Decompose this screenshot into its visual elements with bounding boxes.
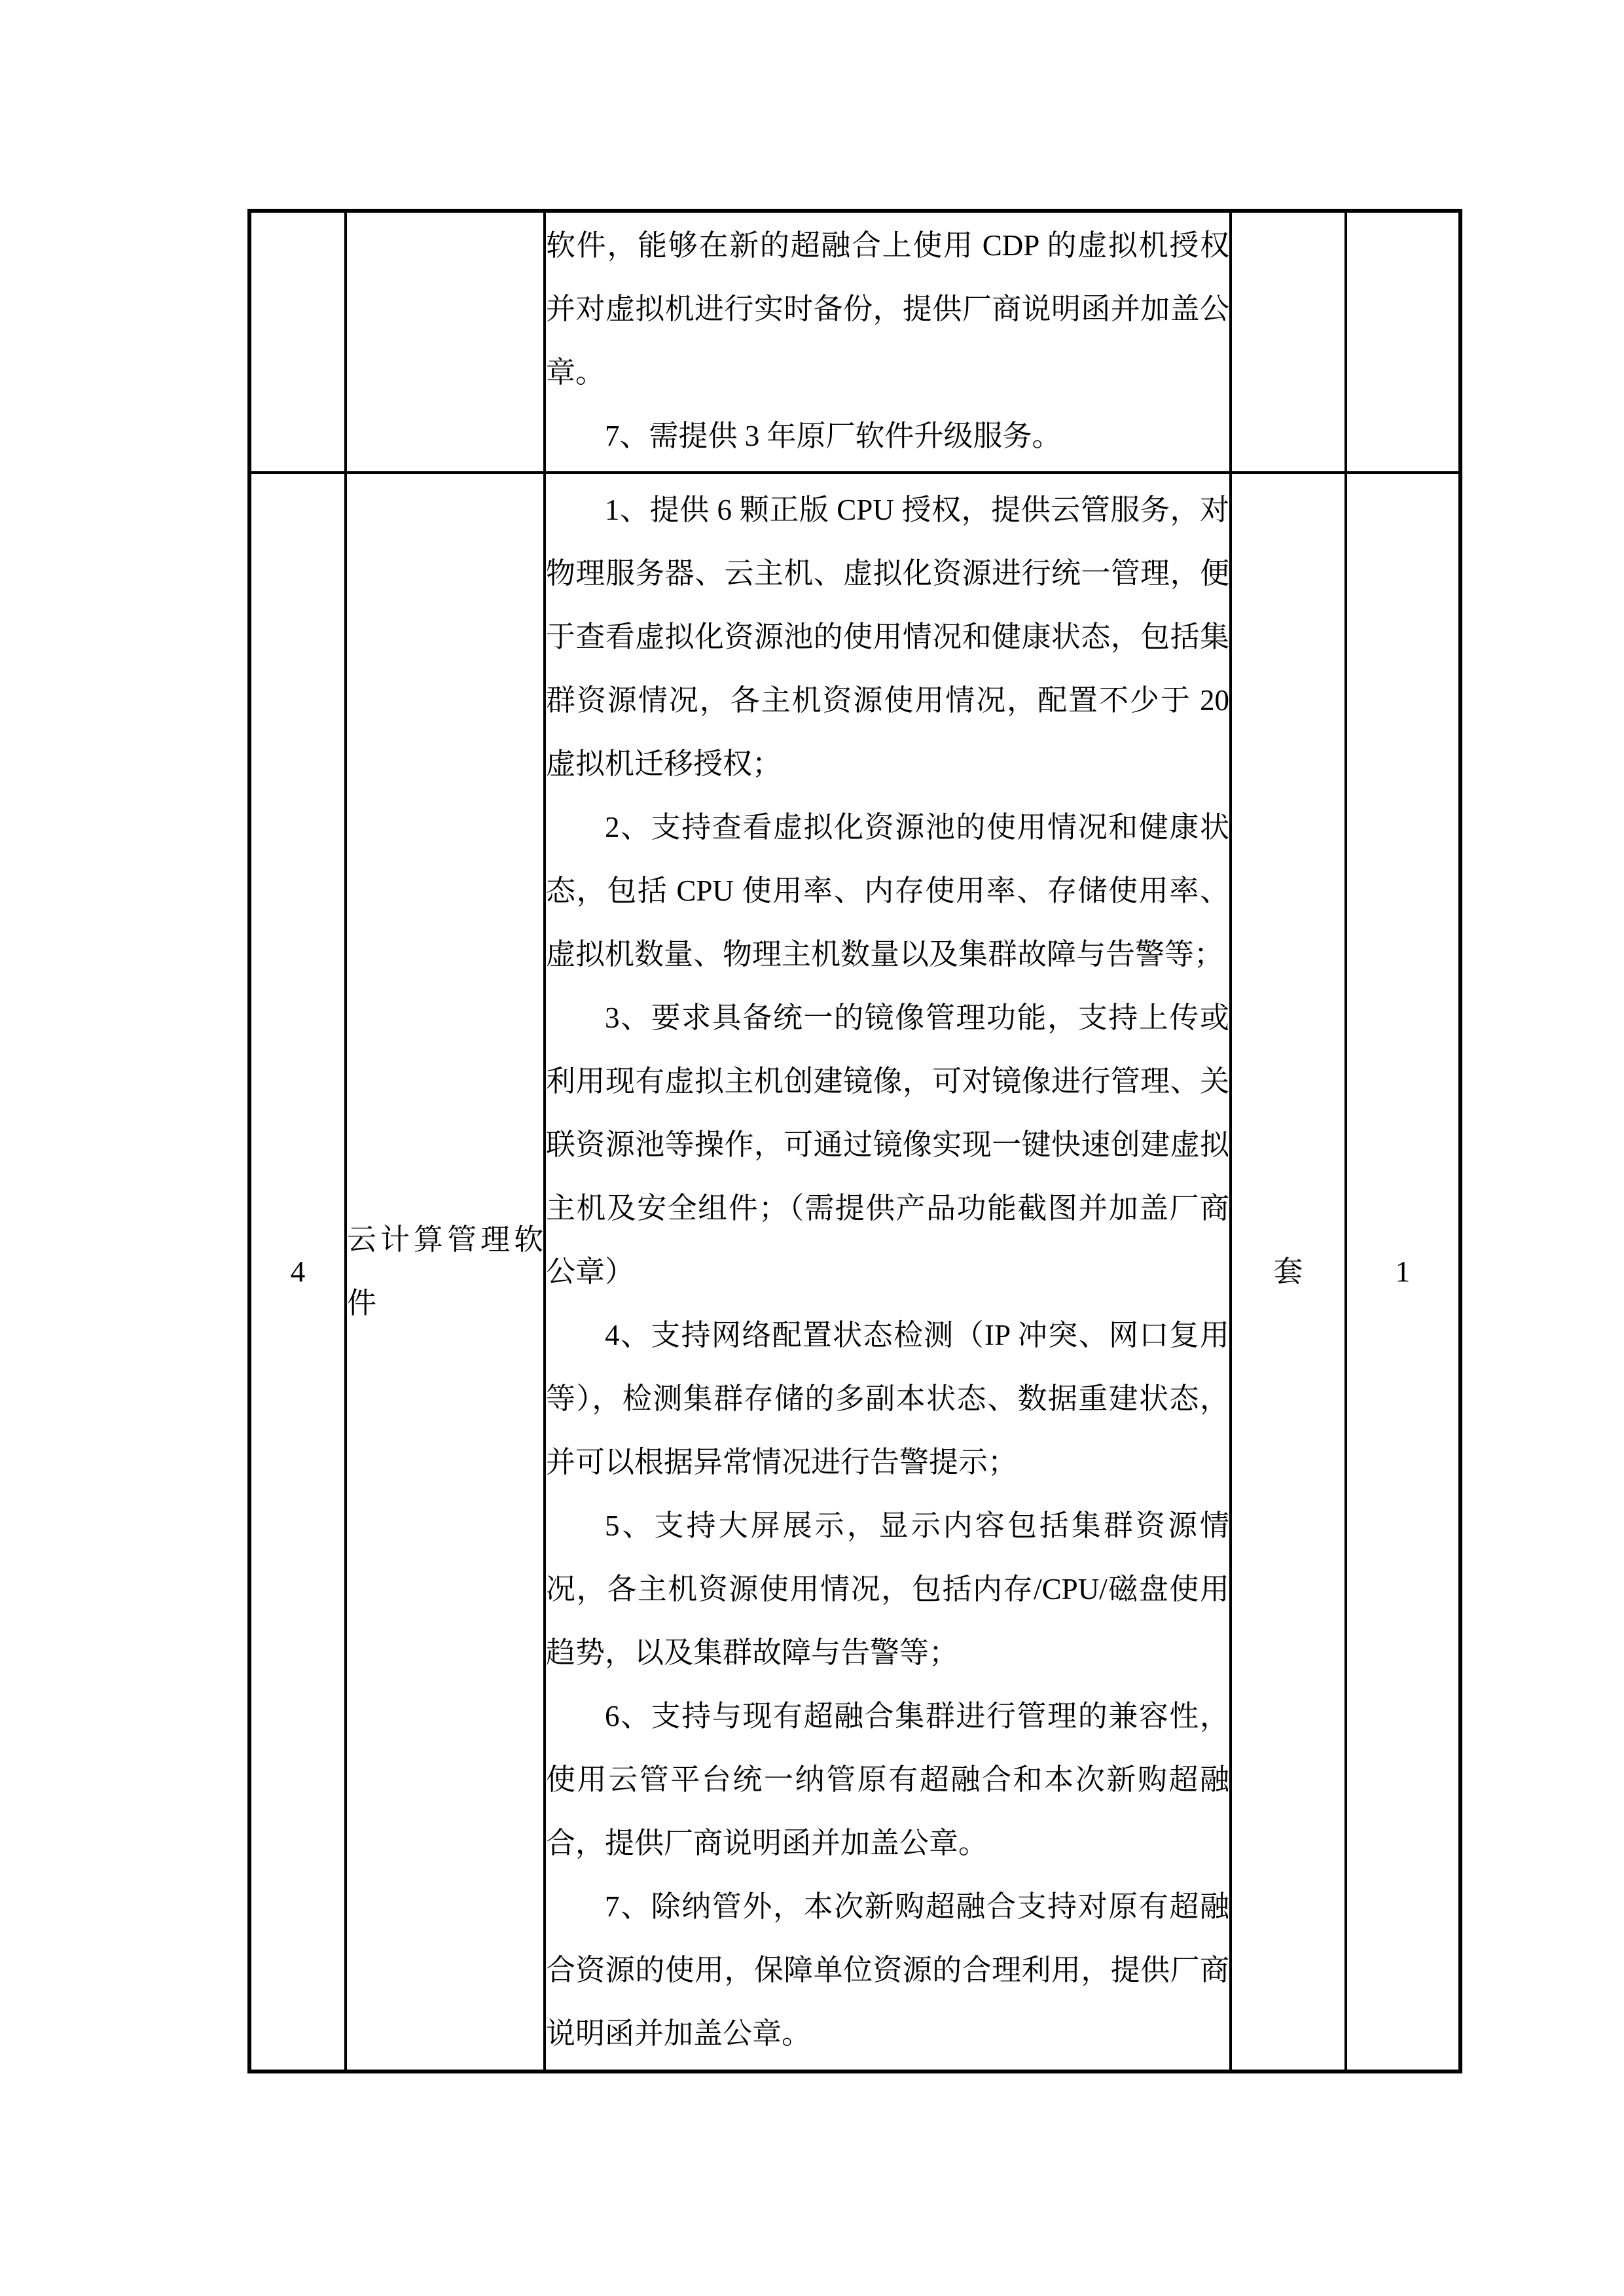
spec-paragraph: 软件，能够在新的超融合上使用 CDP 的虚拟机授权并对虚拟机进行实时备份，提供厂… bbox=[546, 214, 1229, 404]
table-row-continuation: 软件，能够在新的超融合上使用 CDP 的虚拟机授权并对虚拟机进行实时备份，提供厂… bbox=[249, 211, 1460, 473]
spec-paragraph: 3、要求具备统一的镜像管理功能，支持上传或利用现有虚拟主机创建镜像，可对镜像进行… bbox=[546, 986, 1229, 1304]
spec-text-cell: 软件，能够在新的超融合上使用 CDP 的虚拟机授权并对虚拟机进行实时备份，提供厂… bbox=[545, 211, 1231, 473]
spec-paragraph: 6、支持与现有超融合集群进行管理的兼容性，使用云管平台统一纳管原有超融合和本次新… bbox=[546, 1685, 1229, 1875]
item-name-cell bbox=[346, 211, 545, 473]
unit-label: 套 bbox=[1273, 1255, 1303, 1288]
spec-table-wrapper: 软件，能够在新的超融合上使用 CDP 的虚拟机授权并对虚拟机进行实时备份，提供厂… bbox=[247, 209, 1462, 2073]
spec-paragraph: 1、提供 6 颗正版 CPU 授权，提供云管服务，对物理服务器、云主机、虚拟化资… bbox=[546, 478, 1229, 796]
item-name: 云计算管理软件 bbox=[347, 1223, 543, 1319]
spec-paragraph: 7、除纳管外，本次新购超融合支持对原有超融合资源的使用，保障单位资源的合理利用，… bbox=[546, 1875, 1229, 2066]
spec-paragraph: 5、支持大屏展示，显示内容包括集群资源情况，各主机资源使用情况，包括内存/CPU… bbox=[546, 1494, 1229, 1685]
quantity-cell: 1 bbox=[1346, 473, 1460, 2072]
item-number-cell bbox=[249, 211, 346, 473]
quantity-value: 1 bbox=[1396, 1255, 1411, 1288]
spec-text-cell: 1、提供 6 颗正版 CPU 授权，提供云管服务，对物理服务器、云主机、虚拟化资… bbox=[545, 473, 1231, 2072]
spec-paragraph: 4、支持网络配置状态检测（IP 冲突、网口复用等），检测集群存储的多副本状态、数… bbox=[546, 1304, 1229, 1494]
unit-cell: 套 bbox=[1231, 473, 1346, 2072]
spec-paragraph: 7、需提供 3 年原厂软件升级服务。 bbox=[546, 404, 1229, 468]
spec-paragraph: 2、支持查看虚拟化资源池的使用情况和健康状态，包括 CPU 使用率、内存使用率、… bbox=[546, 796, 1229, 986]
unit-cell bbox=[1231, 211, 1346, 473]
document-page: { "page": { "background": "#ffffff", "bo… bbox=[0, 0, 1624, 2296]
item-number: 4 bbox=[291, 1255, 306, 1288]
item-name-cell: 云计算管理软件 bbox=[346, 473, 545, 2072]
item-number-cell: 4 bbox=[249, 473, 346, 2072]
quantity-cell bbox=[1346, 211, 1460, 473]
table-row-item-4: 4 云计算管理软件 1、提供 6 颗正版 CPU 授权，提供云管服务，对物理服务… bbox=[249, 473, 1460, 2072]
spec-table: 软件，能够在新的超融合上使用 CDP 的虚拟机授权并对虚拟机进行实时备份，提供厂… bbox=[247, 209, 1462, 2073]
